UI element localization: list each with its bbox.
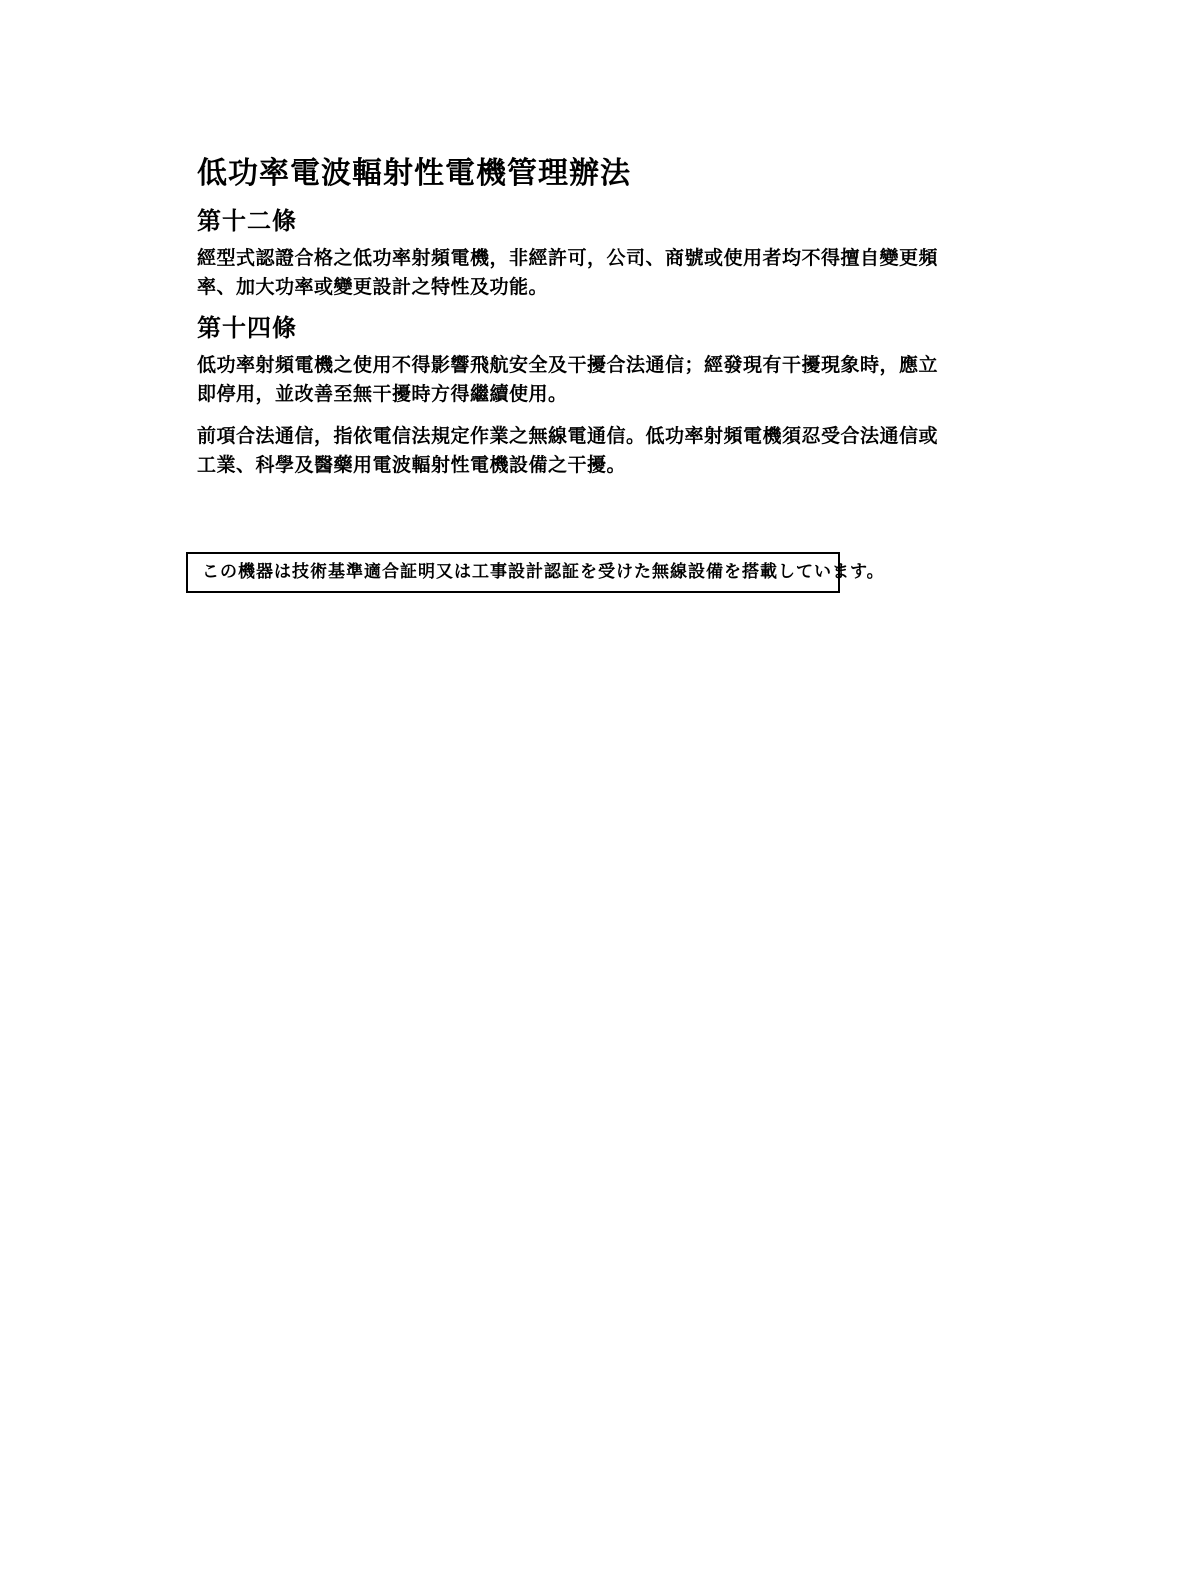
japanese-notice-box: この機器は技術基準適合証明又は工事設計認証を受けた無線設備を搭載しています。 [186,552,840,593]
japanese-notice-text: この機器は技術基準適合証明又は工事設計認証を受けた無線設備を搭載しています。 [202,562,885,581]
document-content: 低功率電波輻射性電機管理辦法 第十二條 經型式認證合格之低功率射頻電機，非經許可… [197,156,959,593]
article-12-paragraph: 經型式認證合格之低功率射頻電機，非經許可，公司、商號或使用者均不得擅自變更頻 率… [197,244,959,302]
article-12-heading: 第十二條 [197,208,959,236]
page-background: 低功率電波輻射性電機管理辦法 第十二條 經型式認證合格之低功率射頻電機，非經許可… [0,0,1190,1584]
document-title: 低功率電波輻射性電機管理辦法 [197,156,959,192]
article-14-paragraph-2: 前項合法通信，指依電信法規定作業之無線電通信。低功率射頻電機須忍受合法通信或 工… [197,422,959,480]
article-14-heading: 第十四條 [197,315,959,343]
article-14-paragraph-1: 低功率射頻電機之使用不得影響飛航安全及干擾合法通信；經發現有干擾現象時，應立 即… [197,351,959,409]
document-page: { "page": { "title": "低功率電波輻射性電機管理辦法", "… [0,0,1190,1584]
